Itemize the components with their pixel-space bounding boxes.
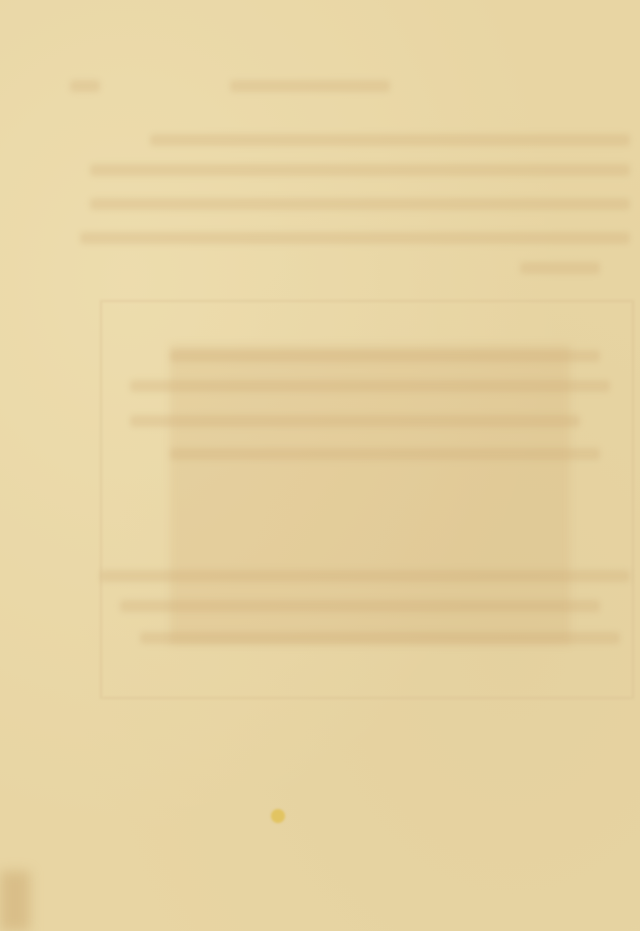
bleed-through-line — [90, 164, 630, 176]
bleed-through-line — [170, 448, 600, 460]
paper-page: Only illegible reverse-side bleed-throug… — [0, 0, 640, 931]
bleed-through-line — [520, 262, 600, 274]
bleed-through-line — [120, 600, 600, 612]
bleed-through-line — [80, 232, 630, 244]
bleed-through-running-header — [230, 80, 390, 92]
bleed-through-line — [100, 570, 630, 582]
bleed-through-line — [170, 350, 600, 362]
paper-edge-stain — [0, 871, 30, 931]
paper-stain-spot — [271, 809, 285, 823]
bleed-through-page-number — [70, 80, 100, 92]
bleed-through-line — [130, 415, 580, 427]
bleed-through-line — [150, 134, 630, 146]
bleed-through-line — [90, 198, 630, 210]
bleed-through-line — [140, 632, 620, 644]
bleed-through-line — [130, 380, 610, 392]
